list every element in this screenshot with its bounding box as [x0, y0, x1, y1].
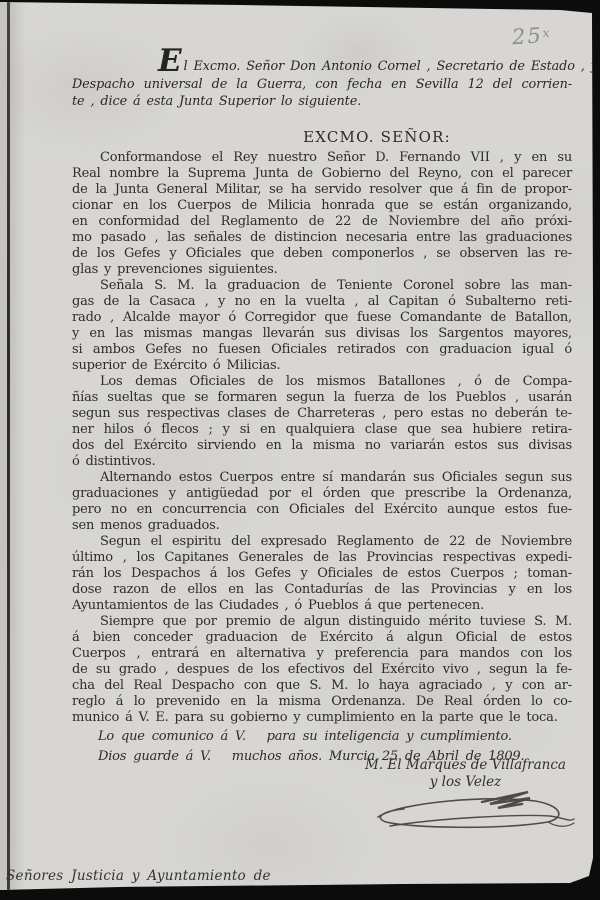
text-line: rán los Despachos á los Gefes y Oficiale…: [72, 566, 572, 582]
salutation-heading: EXCMO. SEÑOR:: [72, 128, 572, 146]
text-line: Alternando estos Cuerpos entre sí mandar…: [72, 470, 572, 486]
text-line: Real nombre la Suprema Junta de Gobierno…: [72, 166, 572, 182]
signature-block: M. El Marques de Villafranca y los Velez: [363, 757, 568, 791]
text-line: si ambos Gefes no fuesen Oficiales retir…: [72, 342, 572, 358]
paragraph: Segun el espiritu del expresado Reglamen…: [72, 534, 572, 614]
folio-annotation: 25x: [511, 23, 550, 50]
document-page: 25x El Excmo. Señor Don Antonio Cornel ,…: [0, 0, 600, 900]
text-line: pero no en concurrencia con Oficiales de…: [72, 502, 572, 518]
text-line: Conformandose el Rey nuestro Señor D. Fe…: [72, 150, 572, 166]
text-line: segun sus respectivas clases de Charrete…: [72, 406, 572, 422]
text-line: ñías sueltas que se formaren segun la fu…: [72, 390, 572, 406]
paragraph: Lo que comunico á V. para su inteligenci…: [72, 729, 572, 746]
text-line: en conformidad del Reglamento de 22 de N…: [72, 214, 572, 230]
text-line: Despacho universal de la Guerra, con fec…: [72, 76, 572, 94]
text-line: de los Gefes y Oficiales que deben compo…: [72, 246, 572, 262]
text-line: á bien conceder graduacion de Exército á…: [72, 630, 572, 646]
paragraph: Señala S. M. la graduacion de Teniente C…: [72, 278, 572, 374]
signature-rubric: [370, 787, 575, 845]
text-line: de la Junta General Militar, se ha servi…: [72, 182, 572, 198]
text-line: cionar en los Cuerpos de Milicia honrada…: [72, 198, 572, 214]
text-line: sen menos graduados.: [72, 518, 572, 534]
folio-suffix: x: [542, 26, 550, 40]
folio-digits: 25: [511, 23, 543, 49]
text-line: munico á V. E. para su gobierno y cumpli…: [72, 710, 572, 726]
text-line: Los demas Oficiales de los mismos Batall…: [72, 374, 572, 390]
text-line: ner hilos ó flecos ; y si en qualquiera …: [72, 422, 572, 438]
scan-background: { "colors": { "paper": "#d7d6d2", "ink":…: [0, 0, 600, 900]
text-line: Ayuntamientos de las Ciudades , ó Pueblo…: [72, 598, 572, 614]
text-line: Cuerpos , entrará en alternativa y prefe…: [72, 646, 572, 662]
opening-paragraph: El Excmo. Señor Don Antonio Cornel , Sec…: [72, 58, 572, 111]
text-line: mo pasado , las señales de distincion ne…: [72, 230, 572, 246]
text-line: te , dice á esta Junta Superior lo sigui…: [72, 93, 572, 111]
paragraph: Alternando estos Cuerpos entre sí mandar…: [72, 470, 572, 534]
text-line: El Excmo. Señor Don Antonio Cornel , Sec…: [158, 58, 572, 76]
signature-name: M. El Marques de Villafranca: [363, 757, 568, 774]
text-line: reglo á lo prevenido en la misma Ordenan…: [72, 694, 572, 710]
footer-addressee: Señores Justicia y Ayuntamiento de: [6, 868, 271, 884]
binding-shadow: [10, 0, 26, 900]
text-line: Lo que comunico á V. para su inteligenci…: [72, 729, 572, 746]
paragraph: Los demas Oficiales de los mismos Batall…: [72, 374, 572, 470]
paragraph: Conformandose el Rey nuestro Señor D. Fe…: [72, 150, 572, 278]
page-edge-strip: [0, 0, 7, 900]
text-line: Señala S. M. la graduacion de Teniente C…: [72, 278, 572, 294]
text-line: Segun el espiritu del expresado Reglamen…: [72, 534, 572, 550]
text-line: último , los Capitanes Generales de las …: [72, 550, 572, 566]
letter-body: Conformandose el Rey nuestro Señor D. Fe…: [72, 150, 572, 765]
text-line: cha del Real Despacho con que S. M. lo h…: [72, 678, 572, 694]
text-line: rado , Alcalde mayor ó Corregidor que fu…: [72, 310, 572, 326]
paragraph: Siempre que por premio de algun distingu…: [72, 614, 572, 726]
text-line: graduaciones y antigüedad por el órden q…: [72, 486, 572, 502]
text-line: dos del Exército sirviendo en la misma n…: [72, 438, 572, 454]
text-line: glas y prevenciones siguientes.: [72, 262, 572, 278]
text-line: de su grado , despues de los efectivos d…: [72, 662, 572, 678]
text-line: superior de Exército ó Milicias.: [72, 358, 572, 374]
text-line: dose razon de ellos en las Contadurías d…: [72, 582, 572, 598]
text-line: gas de la Casaca , y no en la vuelta , a…: [72, 294, 572, 310]
text-line: Siempre que por premio de algun distingu…: [72, 614, 572, 630]
text-line: y en las mismas mangas llevarán sus divi…: [72, 326, 572, 342]
text-line: ó distintivos.: [72, 454, 572, 470]
